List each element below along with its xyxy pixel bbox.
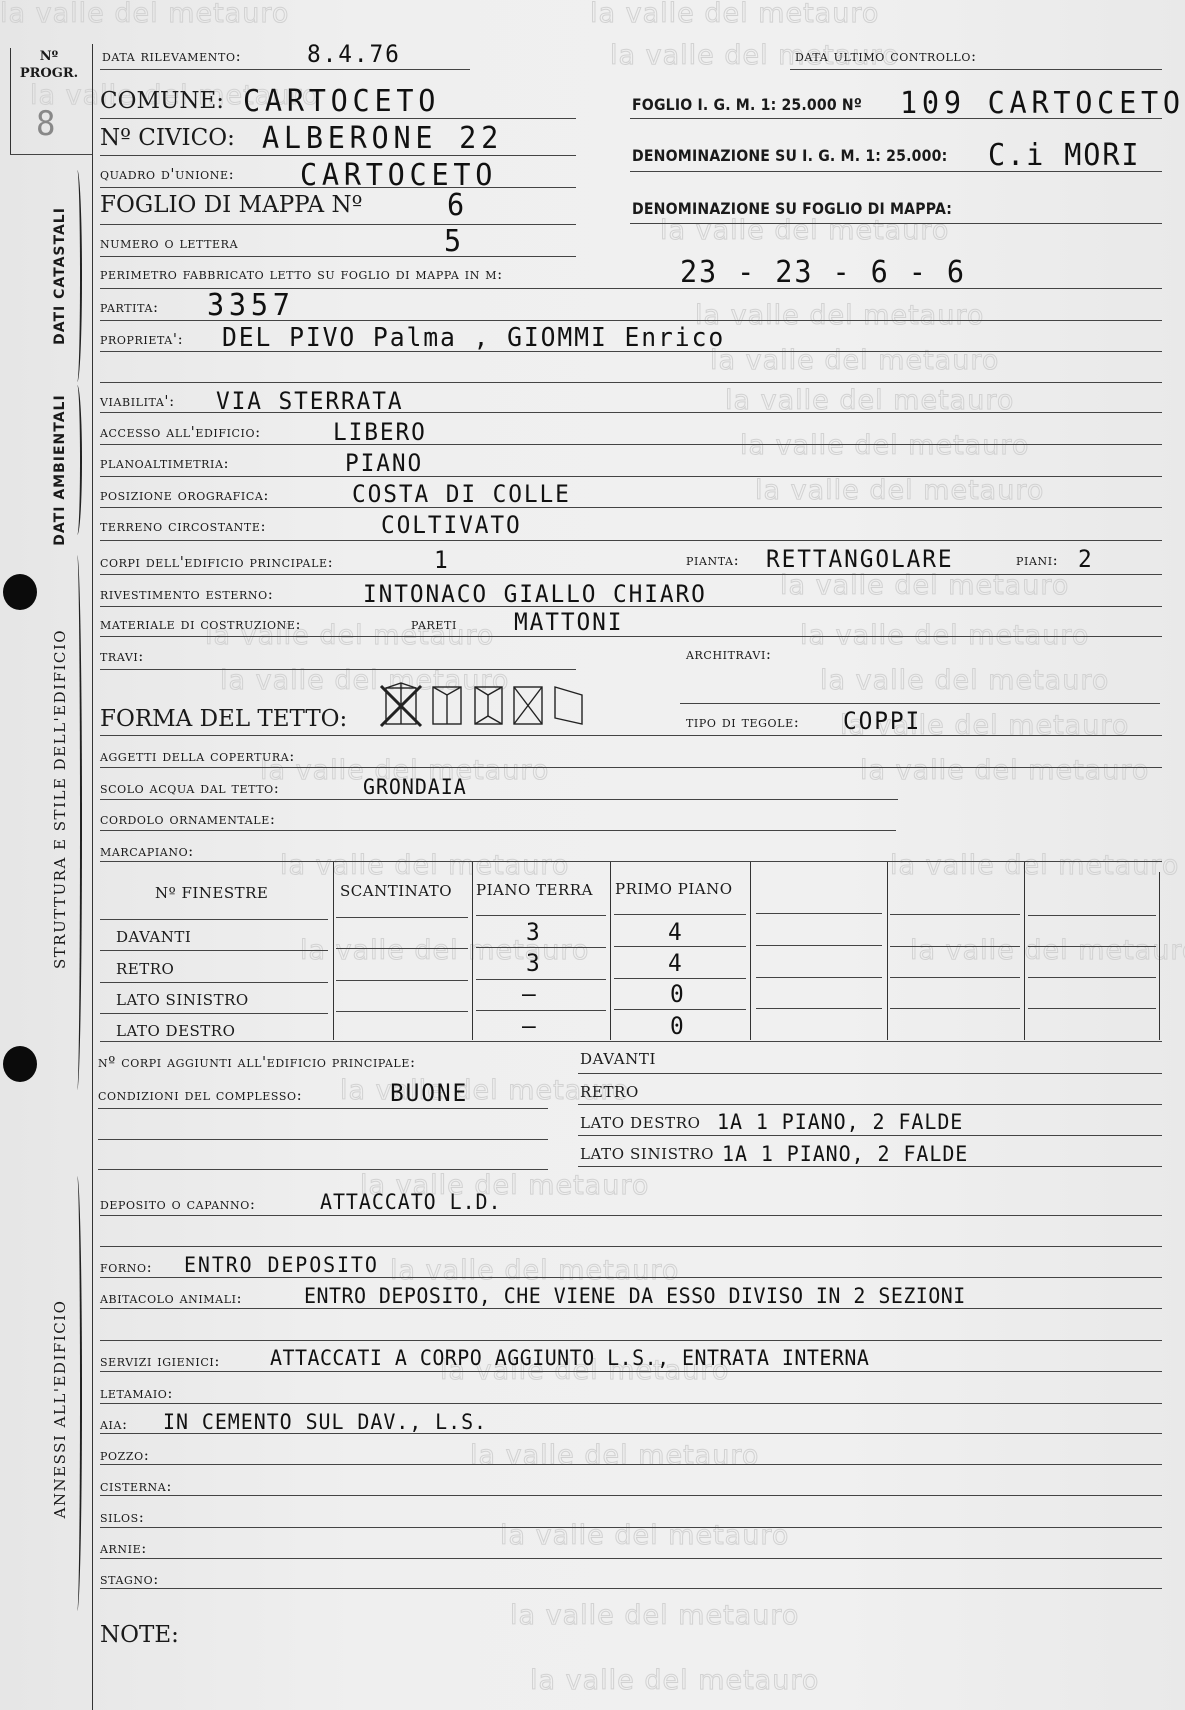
data-rilevamento-value[interactable]: 8.4.76 [307,40,401,68]
section-dati-catastali: DATI CATASTALI [52,186,68,366]
materiale-label: MATERIALE DI COSTRUZIONE: [100,615,301,633]
aia-value[interactable]: IN CEMENTO SUL DAV., L.S. [163,1410,487,1434]
posizione-value[interactable]: COSTA DI COLLE [352,480,571,508]
denominazione-mappa-label: DENOMINAZIONE SU FOGLIO DI MAPPA: [632,199,952,218]
planoaltimetria-value[interactable]: PIANO [345,449,423,477]
watermark: la valle del metauro [660,215,949,246]
travi-label: TRAVI: [100,647,144,665]
cell-primo-piano[interactable]: 4 [668,949,684,977]
foglio-igm-label: FOGLIO I. G. M. 1: 25.000 Nº [632,95,862,114]
section-annessi: ANNESSI ALL'EDIFICIO [51,1289,69,1529]
pozzo-label: POZZO: [100,1446,149,1464]
cell-piano-terra[interactable]: 3 [526,949,542,977]
pareti-label: PARETI [411,615,457,633]
aggiunti-lato-destro-label: LATO DESTRO [580,1114,701,1132]
stagno-label: STAGNO: [100,1570,159,1588]
abitacolo-value[interactable]: ENTRO DEPOSITO, CHE VIENE DA ESSO DIVISO… [304,1284,966,1308]
note-label: NOTE: [100,1622,179,1648]
civico-label: Nº CIVICO: [100,125,235,151]
roof-shape-icons [378,678,598,728]
civico-value[interactable]: ALBERONE 22 [262,121,503,156]
comune-label: COMUNE: [100,88,224,114]
watermark: la valle del metauro [695,300,984,331]
viabilita-label: VIABILITA': [100,392,175,410]
corpi-aggiunti-label: Nº CORPI AGGIUNTI ALL'EDIFICIO PRINCIPAL… [98,1053,416,1071]
numero-value[interactable]: 5 [444,224,466,259]
cordolo-label: CORDOLO ORNAMENTALE: [100,810,276,828]
watermark: la valle del metauro [890,850,1179,881]
cell-piano-terra[interactable]: — [522,1012,538,1040]
arnie-label: ARNIE: [100,1539,147,1557]
rivestimento-value[interactable]: INTONACO GIALLO CHIARO [363,580,707,608]
watermark: la valle del metauro [740,430,1029,461]
progr-label: PROGR. [14,65,84,82]
watermark: la valle del metauro [860,755,1149,786]
silos-label: SILOS: [100,1508,144,1526]
cell-primo-piano[interactable]: 0 [670,1012,686,1040]
progr-value: 8 [36,104,57,144]
brace-dati-catastali [70,170,82,382]
watermark: la valle del metauro [280,850,569,881]
comune-value[interactable]: CARTOCETO [243,84,440,119]
perimetro-value[interactable]: 23 - 23 - 6 - 6 [680,255,966,290]
aggiunti-retro-label: RETRO [580,1083,639,1101]
watermark: la valle del metauro [470,1440,759,1471]
quadro-label: QUADRO D'UNIONE: [100,165,234,183]
cell-primo-piano[interactable]: 0 [670,980,686,1008]
progr-label: Nº [14,48,84,65]
watermark: la valle del metauro [820,665,1109,696]
condizioni-value[interactable]: BUONE [390,1079,468,1107]
section-struttura: STRUTTURA E STILE DELL'EDIFICIO [51,669,69,969]
rivestimento-label: RIVESTIMENTO ESTERNO: [100,585,273,603]
aggetti-label: AGGETTI DELLA COPERTURA: [100,747,295,765]
watermark: la valle del metauro [755,475,1044,506]
cell-piano-terra[interactable]: — [522,980,538,1008]
piani-label: PIANI: [1016,551,1058,569]
denominazione-igm-value[interactable]: C.i MORI [988,138,1140,173]
foglio-mappa-value[interactable]: 6 [447,188,469,223]
brace-annessi [70,1176,82,1611]
tegole-label: TIPO DI TEGOLE: [686,713,799,731]
aggiunti-davanti-label: DAVANTI [580,1050,656,1068]
perimetro-label: PERIMETRO FABBRICATO LETTO SU FOGLIO DI … [100,265,503,283]
forno-value[interactable]: ENTRO DEPOSITO [184,1253,379,1277]
pianta-value[interactable]: RETTANGOLARE [766,545,954,573]
section-dati-ambientali: DATI AMBIENTALI [52,380,68,560]
data-ultimo-controllo-label: DATA ULTIMO CONTROLLO: [795,47,977,65]
row-label: LATO DESTRO [116,1022,235,1040]
watermark: la valle del metauro [710,345,999,376]
brace-struttura [70,555,82,1090]
deposito-value[interactable]: ATTACCATO L.D. [320,1190,501,1214]
tegole-value[interactable]: COPPI [843,707,921,735]
watermark: la valle del metauro [0,0,289,29]
binder-hole [3,1046,37,1082]
posizione-label: POSIZIONE OROGRAFICA: [100,486,269,504]
deposito-label: DEPOSITO o CAPANNO: [100,1195,255,1213]
terreno-value[interactable]: COLTIVATO [381,511,522,539]
aia-label: AIA: [100,1415,128,1433]
cell-primo-piano[interactable]: 4 [668,918,684,946]
planoaltimetria-label: PLANOALTIMETRIA: [100,454,229,472]
pareti-value[interactable]: MATTONI [514,608,623,636]
condizioni-label: CONDIZIONI DEL COMPLESSO: [98,1086,302,1104]
aggiunti-lato-sinistro-value[interactable]: 1A 1 PIANO, 2 FALDE [722,1142,968,1166]
watermark: la valle del metauro [590,0,879,29]
corpi-label: CORPI DELL'EDIFICIO PRINCIPALE: [100,553,333,571]
aggiunti-lato-destro-value[interactable]: 1A 1 PIANO, 2 FALDE [717,1110,963,1134]
binder-hole [3,574,37,610]
corpi-value[interactable]: 1 [434,546,450,574]
watermark: la valle del metauro [390,1255,679,1286]
roof-shape-options [378,678,598,728]
scolo-label: SCOLO ACQUA DAL TETTO: [100,779,279,797]
brace-dati-ambientali [70,385,82,535]
watermark: la valle del metauro [910,935,1185,966]
aggiunti-lato-sinistro-label: LATO SINISTRO [580,1145,714,1163]
partita-value[interactable]: 3357 [207,288,295,323]
proprieta-label: PROPRIETA': [100,330,183,348]
forma-tetto-label: FORMA DEL TETTO: [100,706,347,732]
piani-value[interactable]: 2 [1078,545,1094,573]
watermark: la valle del metauro [530,1665,819,1696]
row-label: LATO SINISTRO [116,991,249,1009]
watermark: la valle del metauro [500,1520,789,1551]
foglio-igm-value[interactable]: 109 CARTOCETO [900,86,1185,121]
letamaio-label: LETAMAIO: [100,1384,173,1402]
table-header: SCANTINATO [340,882,452,900]
cisterna-label: CISTERNA: [100,1477,172,1495]
watermark: la valle del metauro [300,935,589,966]
table-header: PRIMO PIANO [615,880,733,898]
scolo-value[interactable]: GRONDAIA [363,775,467,799]
cell-piano-terra[interactable]: 3 [526,918,542,946]
terreno-label: TERRENO CIRCOSTANTE: [100,517,266,535]
numero-label: NUMERO o LETTERA [100,234,238,252]
servizi-label: SERVIZI IGIENICI: [100,1352,220,1370]
forno-label: FORNO: [100,1258,152,1276]
table-header: PIANO TERRA [476,881,593,899]
proprieta-value[interactable]: DEL PIVO Palma , GIOMMI Enrico [222,323,725,353]
survey-form-page: la valle del metauro la valle del metaur… [0,0,1185,1710]
denominazione-igm-label: DENOMINAZIONE SU I. G. M. 1: 25.000: [632,146,947,165]
pianta-label: PIANTA: [686,551,739,569]
partita-label: PARTITA: [100,298,159,316]
servizi-value[interactable]: ATTACCATI A CORPO AGGIUNTO L.S., ENTRATA… [270,1346,869,1370]
accesso-label: ACCESSO ALL'EDIFICIO: [100,423,261,441]
row-label: RETRO [116,960,174,978]
data-rilevamento-label: DATA RILEVAMENTO: [102,47,241,65]
marcapiano-label: MARCAPIANO: [100,842,194,860]
viabilita-value[interactable]: VIA STERRATA [216,387,404,415]
architravi-label: ARCHITRAVI: [686,645,772,663]
margin-rule [92,44,93,1710]
foglio-mappa-label: FOGLIO DI MAPPA Nº [100,192,362,218]
watermark: la valle del metauro [510,1600,799,1631]
abitacolo-label: ABITACOLO ANIMALI: [100,1289,242,1307]
table-header: Nº FINESTRE [155,884,268,902]
accesso-value[interactable]: LIBERO [333,418,427,446]
row-label: DAVANTI [116,928,191,946]
